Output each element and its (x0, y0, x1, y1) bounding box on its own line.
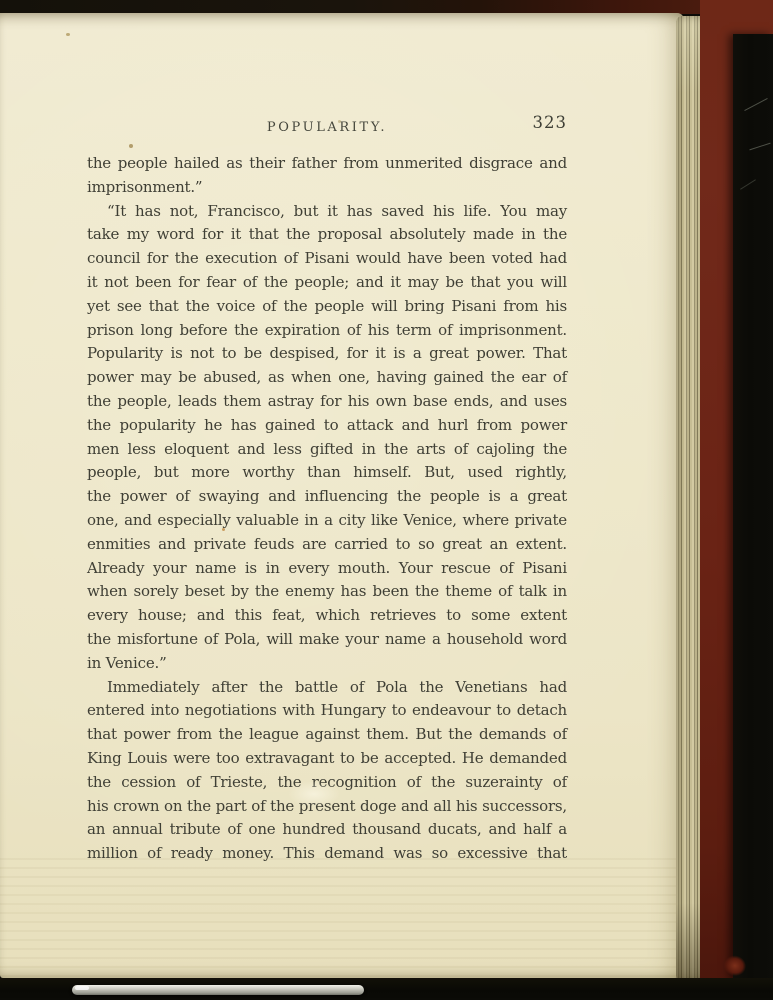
text-line: that power from the league against them.… (87, 723, 567, 747)
text-line: council for the execution of Pisani woul… (87, 247, 567, 271)
text-line: King Louis were too extravagant to be ac… (87, 747, 567, 771)
book-scan-photo: POPULARITY. 323 the people hailed as the… (0, 0, 773, 1000)
running-header: POPULARITY. (267, 120, 387, 135)
scratch-mark (749, 143, 770, 151)
text-line: people, but more worthy than himself. Bu… (87, 461, 567, 485)
text-line: yet see that the voice of the people wil… (87, 295, 567, 319)
text-line: when sorely beset by the enemy has been … (87, 580, 567, 604)
text-line: every house; and this feat, which retrie… (87, 604, 567, 628)
text-line: the misfortune of Pola, will make your n… (87, 628, 567, 652)
text-line: entered into negotiations with Hungary t… (87, 699, 567, 723)
background-bottom (0, 978, 773, 1000)
text-line: men less eloquent and less gifted in the… (87, 438, 567, 462)
text-line: the people, leads them astray for his ow… (87, 390, 567, 414)
book-page: POPULARITY. 323 the people hailed as the… (0, 13, 684, 978)
text-line: the power of swaying and influencing the… (87, 485, 567, 509)
text-line: the people hailed as their father from u… (87, 152, 567, 176)
text-line: the cession of Trieste, the recognition … (87, 771, 567, 795)
text-line: enmities and private feuds are carried t… (87, 533, 567, 557)
text-line: take my word for it that the proposal ab… (87, 223, 567, 247)
text-line: Immediately after the battle of Pola the… (87, 676, 567, 700)
text-line: prison long before the expiration of his… (87, 319, 567, 343)
text-line: million of ready money. This demand was … (87, 842, 567, 866)
text-line: an annual tribute of one hundred thousan… (87, 818, 567, 842)
background-top-shadow (0, 0, 773, 14)
text-line: power may be abused, as when one, having… (87, 366, 567, 390)
scanner-cradle-bar (72, 985, 364, 995)
background-right (733, 34, 773, 980)
page-header: POPULARITY. 323 (87, 116, 567, 138)
text-line: Already your name is in every mouth. You… (87, 557, 567, 581)
scratch-mark (744, 98, 767, 111)
body-text: the people hailed as their father from u… (87, 152, 567, 866)
scratch-mark (740, 179, 756, 189)
text-line: it not been for fear of the people; and … (87, 271, 567, 295)
page-number: 323 (533, 113, 568, 132)
text-line: in Venice.” (87, 652, 567, 676)
text-line: the popularity he has gained to attack a… (87, 414, 567, 438)
text-line: one, and especially valuable in a city l… (87, 509, 567, 533)
paper-speck (129, 144, 133, 148)
text-line: Popularity is not to be despised, for it… (87, 342, 567, 366)
paper-speck (66, 33, 70, 36)
text-line: his crown on the part of the present dog… (87, 795, 567, 819)
text-line: imprisonment.” (87, 176, 567, 200)
text-line: “It has not, Francisco, but it has saved… (87, 200, 567, 224)
